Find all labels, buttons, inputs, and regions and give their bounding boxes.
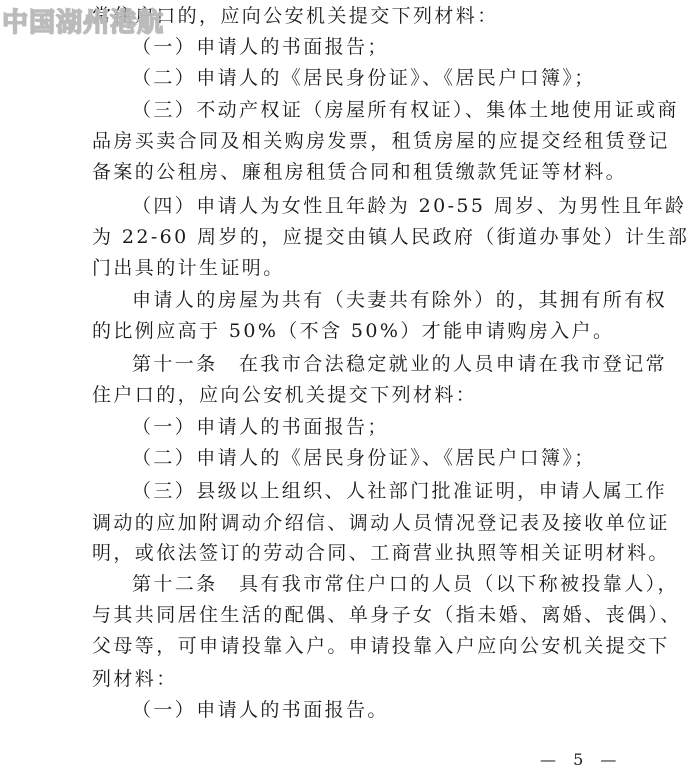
watermark-logo: 中国湖州港航 xyxy=(2,2,164,32)
page-number: — 5 — xyxy=(540,748,622,772)
text-line: 为 22-60 周岁的，应提交由镇人民政府（街道办事处）计生部 xyxy=(92,222,604,252)
text-line: 调动的应加附调动介绍信、调动人员情况登记表及接收单位证 xyxy=(92,508,604,538)
text-line: （四）申请人为女性且年龄为 20-55 周岁、为男性且年龄 xyxy=(132,191,604,221)
text-line: （三）县级以上组织、人社部门批准证明，申请人属工作 xyxy=(132,476,604,506)
text-line: （二）申请人的《居民身份证》、《居民户口簿》； xyxy=(132,63,604,93)
text-line: 父母等，可申请投靠入户。申请投靠入户应向公安机关提交下 xyxy=(92,631,604,661)
text-line: 门出具的计生证明。 xyxy=(92,253,604,283)
text-line: 列材料： xyxy=(92,664,604,694)
text-line: 申请人的房屋为共有（夫妻共有除外）的，其拥有所有权 xyxy=(132,285,604,315)
text-line: 与其共同居住生活的配偶、单身子女（指未婚、离婚、丧偶）、 xyxy=(92,600,604,630)
text-line: （二）申请人的《居民身份证》、《居民户口簿》； xyxy=(132,443,604,473)
text-line: 常住户口的，应向公安机关提交下列材料： xyxy=(92,1,604,31)
text-line: 备案的公租房、廉租房租赁合同和租赁缴款凭证等材料。 xyxy=(92,157,604,187)
text-line: （一）申请人的书面报告； xyxy=(132,412,604,442)
text-line: 明，或依法签订的劳动合同、工商营业执照等相关证明材料。 xyxy=(92,538,604,568)
article-heading-line: 第十一条 在我市合法稳定就业的人员申请在我市登记常 xyxy=(132,349,604,379)
text-line: 品房买卖合同及相关购房发票，租赁房屋的应提交经租赁登记 xyxy=(92,126,604,156)
text-line: 住户口的，应向公安机关提交下列材料： xyxy=(92,380,604,410)
text-line: 的比例应高于 50%（不含 50%）才能申请购房入户。 xyxy=(92,316,604,346)
text-line: （一）申请人的书面报告。 xyxy=(132,695,604,725)
text-line: （三）不动产权证（房屋所有权证）、集体土地使用证或商 xyxy=(132,95,604,125)
article-heading-line: 第十二条 具有我市常住户口的人员（以下称被投靠人）， xyxy=(132,569,604,599)
text-line: （一）申请人的书面报告； xyxy=(132,32,604,62)
document-page: 中国湖州港航 常住户口的，应向公安机关提交下列材料： （一）申请人的书面报告； … xyxy=(0,0,694,777)
